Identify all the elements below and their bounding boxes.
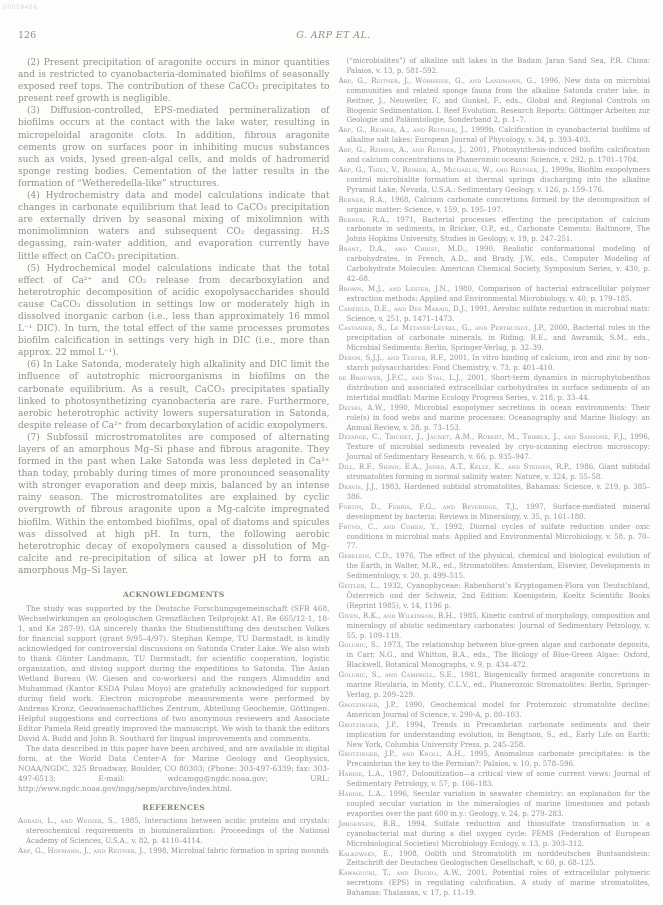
- reference-authors: Golubic, S., and Campbell, S.E.,: [339, 671, 457, 679]
- reference-authors: Brown, M.J., and Lester, J.N.,: [339, 285, 451, 293]
- scan-watermark: 00059468: [3, 4, 38, 11]
- acknowledgments-paragraph: The study was supported by the Deutsche …: [18, 604, 330, 744]
- reference-entry: Arp, G., Hofmann, J., and Reitner, J., 1…: [18, 847, 330, 857]
- reference-authors: Grotzinger, J.P.,: [339, 701, 399, 709]
- summary-paragraphs: (2) Present precipitation of aragonite o…: [18, 57, 330, 577]
- reference-authors: de Brouwer, J.F.C., and Stal, L.J.,: [339, 374, 464, 382]
- references-list-right: Arp, G., Reitner, J., Wörheide, G., and …: [339, 77, 651, 899]
- reference-entry: Arp, G., Reitner, J., Wörheide, G., and …: [339, 77, 651, 127]
- reference-text: 1990, Microbial exopolymer secretions in…: [347, 404, 651, 432]
- reference-text: 1996, Secular variation in seawater chem…: [347, 790, 651, 818]
- reference-authors: Geitler, L.,: [339, 582, 380, 590]
- reference-authors: Brant, D.A., and Christ, M.D.,: [339, 245, 468, 253]
- reference-authors: Grotzinger, J.P.,: [339, 721, 400, 729]
- journal-page: 00059468 126 G. ARP ET AL. (2) Present p…: [0, 0, 663, 905]
- reference-entry: Arp, G., Thiel, V., Reimer, A., Michaeli…: [339, 166, 651, 196]
- reference-text: 1998, Microbial fabric formation in spri…: [146, 847, 328, 855]
- references-list-left: Addadi, L., and Weiner, S., 1985, Intera…: [18, 817, 330, 857]
- left-column: (2) Present precipitation of aragonite o…: [18, 57, 330, 905]
- reference-authors: Fortin, D., Ferris, F.G., and Beveridge,…: [339, 503, 519, 511]
- reference-entry: Canfield, D.E., and Des Marais, D.J., 19…: [339, 305, 651, 325]
- body-paragraph: (4) Hydrochemistry data and model calcul…: [18, 190, 330, 263]
- reference-authors: Kawaguchi, T., and Decho, A.W.,: [339, 869, 463, 877]
- acknowledgments-heading: ACKNOWLEDGMENTS: [18, 590, 330, 599]
- acknowledgments-paragraphs: The study was supported by the Deutsche …: [18, 604, 330, 794]
- reference-authors: Kalkowsky, E.,: [339, 850, 393, 858]
- reference-entry: Gebelein, C.D., 1976, The effect of the …: [339, 552, 651, 582]
- two-column-body: (2) Present precipitation of aragonite o…: [18, 57, 650, 905]
- reference-authors: Arp, G., Reitner, J., Wörheide, G., and …: [339, 77, 537, 85]
- reference-text: 1973, The relationship between blue-gree…: [347, 641, 651, 669]
- reference-authors: Castanier, S., Le Métayer-Levrel, G., an…: [339, 324, 547, 332]
- page-header: 126 G. ARP ET AL.: [18, 30, 649, 44]
- reference-entry: Arp, G., Reimer, A., and Reitner, J., 20…: [339, 146, 651, 166]
- reference-entry: Kalkowsky, E., 1908, Oolith und Stromato…: [339, 850, 651, 870]
- reference-authors: Berner, R.A.,: [339, 216, 390, 224]
- reference-entry: de Brouwer, J.F.C., and Stal, L.J., 2001…: [339, 374, 651, 404]
- reference-authors: Dill, R.F., Shinn, E.A., Jones, A.T., Ke…: [339, 463, 572, 471]
- reference-text: 1976, The effect of the physical, chemic…: [347, 552, 651, 580]
- reference-authors: Arp, G., Hofmann, J., and Reitner, J.,: [18, 847, 146, 855]
- reference-entry: Decho, A.W., 1990, Microbial exopolymer …: [339, 404, 651, 434]
- reference-authors: Given, R.K., and Wilkinson, B.H.,: [339, 612, 457, 620]
- reference-authors: Arp, G., Reimer, A., and Reitner, J.,: [339, 146, 467, 154]
- reference-authors: Berner, R.A.,: [339, 196, 388, 204]
- reference-entry: Brant, D.A., and Christ, M.D., 1990, Rea…: [339, 245, 651, 285]
- reference-entry: Golubic, S., and Campbell, S.E., 1981, B…: [339, 671, 651, 701]
- reference-entry: Jørgensen, B.B., 1994, Sulfate reduction…: [339, 820, 651, 850]
- reference-authors: Addadi, L., and Weiner, S.,: [18, 817, 117, 825]
- reference-entry: Grotzinger, J.P., 1990, Geochemical mode…: [339, 701, 651, 721]
- acknowledgments-paragraph: The data described in this paper have be…: [18, 744, 330, 794]
- reference-entry: Hardie, L.A., 1987, Dolomitization—a cri…: [339, 770, 651, 790]
- reference-text: 1983, Hardened subtidal stromatolites, B…: [347, 483, 651, 501]
- reference-entry: Castanier, S., Le Métayer-Levrel, G., an…: [339, 324, 651, 354]
- body-paragraph: (2) Present precipitation of aragonite o…: [18, 57, 330, 105]
- reference-text: 1968, Calcium carbonate concretions form…: [347, 196, 651, 214]
- reference-entry: Defarge, C., Trichet, J., Jaunet, A.M., …: [339, 433, 651, 463]
- reference-entry: Dravis, J.J., 1983, Hardened subtidal st…: [339, 483, 651, 503]
- reference-entry: Given, R.K., and Wilkinson, B.H., 1985, …: [339, 612, 651, 642]
- reference-authors: Dravis, J.J.,: [339, 483, 378, 491]
- reference-authors: Decho, A.W.,: [339, 404, 386, 412]
- reference-authors: Arp, G., Thiel, V., Reimer, A., Michaeli…: [339, 166, 549, 174]
- reference-authors: Fründ, C., and Cohen, Y.,: [339, 523, 440, 531]
- reference-entry: Debon, S.J.J., and Tester, R.F., 2001, I…: [339, 354, 651, 374]
- references-heading: REFERENCES: [18, 803, 330, 812]
- reference-entry: Golubic, S., 1973, The relationship betw…: [339, 641, 651, 671]
- running-head: G. ARP ET AL.: [18, 30, 649, 41]
- reference-entry: Hardie, L.A., 1996, Secular variation in…: [339, 790, 651, 820]
- reference-entry: Geitler, L., 1932, Cyanophyceae: Rabenho…: [339, 582, 651, 612]
- reference-authors: Canfield, D.E., and Des Marais, D.J.,: [339, 305, 468, 313]
- reference-entry: Arp, G., Reimer, A., and Reitner, J., 19…: [339, 126, 651, 146]
- reference-entry: Fortin, D., Ferris, F.G., and Beveridge,…: [339, 503, 651, 523]
- reference-entry: Berner, R.A., 1968, Calcium carbonate co…: [339, 196, 651, 216]
- reference-text: 1987, Dolomitization—a critical view of …: [347, 770, 651, 788]
- reference-entry: Kawaguchi, T., and Decho, A.W., 2001, Po…: [339, 869, 651, 899]
- body-paragraph: (6) In Lake Satonda, moderately high alk…: [18, 359, 330, 432]
- reference-authors: Golubic, S.,: [339, 641, 381, 649]
- reference-entry: Brown, M.J., and Lester, J.N., 1980, Com…: [339, 285, 651, 305]
- reference-text: 1971, Bacterial processes effecting the …: [347, 216, 651, 244]
- reference-authors: Gebelein, C.D.,: [339, 552, 393, 560]
- reference-entry: Fründ, C., and Cohen, Y., 1992, Diurnal …: [339, 523, 651, 553]
- reference-continuation: (“microbialites”) of alkaline salt lakes…: [339, 57, 651, 77]
- reference-authors: Arp, G., Reimer, A., and Reitner, J.,: [339, 126, 468, 134]
- reference-authors: Hardie, L.A.,: [339, 770, 385, 778]
- reference-authors: Hardie, L.A.,: [339, 790, 386, 798]
- reference-entry: Addadi, L., and Weiner, S., 1985, Intera…: [18, 817, 330, 847]
- reference-text: 1908, Oolith und Stromatolith im norddeu…: [347, 850, 650, 868]
- reference-entry: Grotzinger, J.P., 1994, Trends in Precam…: [339, 721, 651, 751]
- reference-entry: Dill, R.F., Shinn, E.A., Jones, A.T., Ke…: [339, 463, 651, 483]
- reference-authors: Defarge, C., Trichet, J., Jaunet, A.M., …: [339, 433, 627, 441]
- reference-entry: Berner, R.A., 1971, Bacterial processes …: [339, 216, 651, 246]
- reference-authors: Grotzinger, J.P., and Knoll, A.H.,: [339, 750, 466, 758]
- body-paragraph: (7) Subfossil microstromatolites are com…: [18, 432, 330, 577]
- reference-authors: Debon, S.J.J., and Tester, R.F.,: [339, 354, 447, 362]
- reference-entry: Grotzinger, J.P., and Knoll, A.H., 1995,…: [339, 750, 651, 770]
- body-paragraph: (5) Hydrochemical model calculations ind…: [18, 263, 330, 360]
- body-paragraph: (3) Diffusion-controlled, EPS-mediated p…: [18, 105, 330, 190]
- right-column: (“microbialites”) of alkaline salt lakes…: [339, 57, 651, 905]
- reference-text: 1932, Cyanophyceae: Rabenhorst’s Kryptog…: [347, 582, 651, 610]
- reference-authors: Jørgensen, B.B.,: [339, 820, 401, 828]
